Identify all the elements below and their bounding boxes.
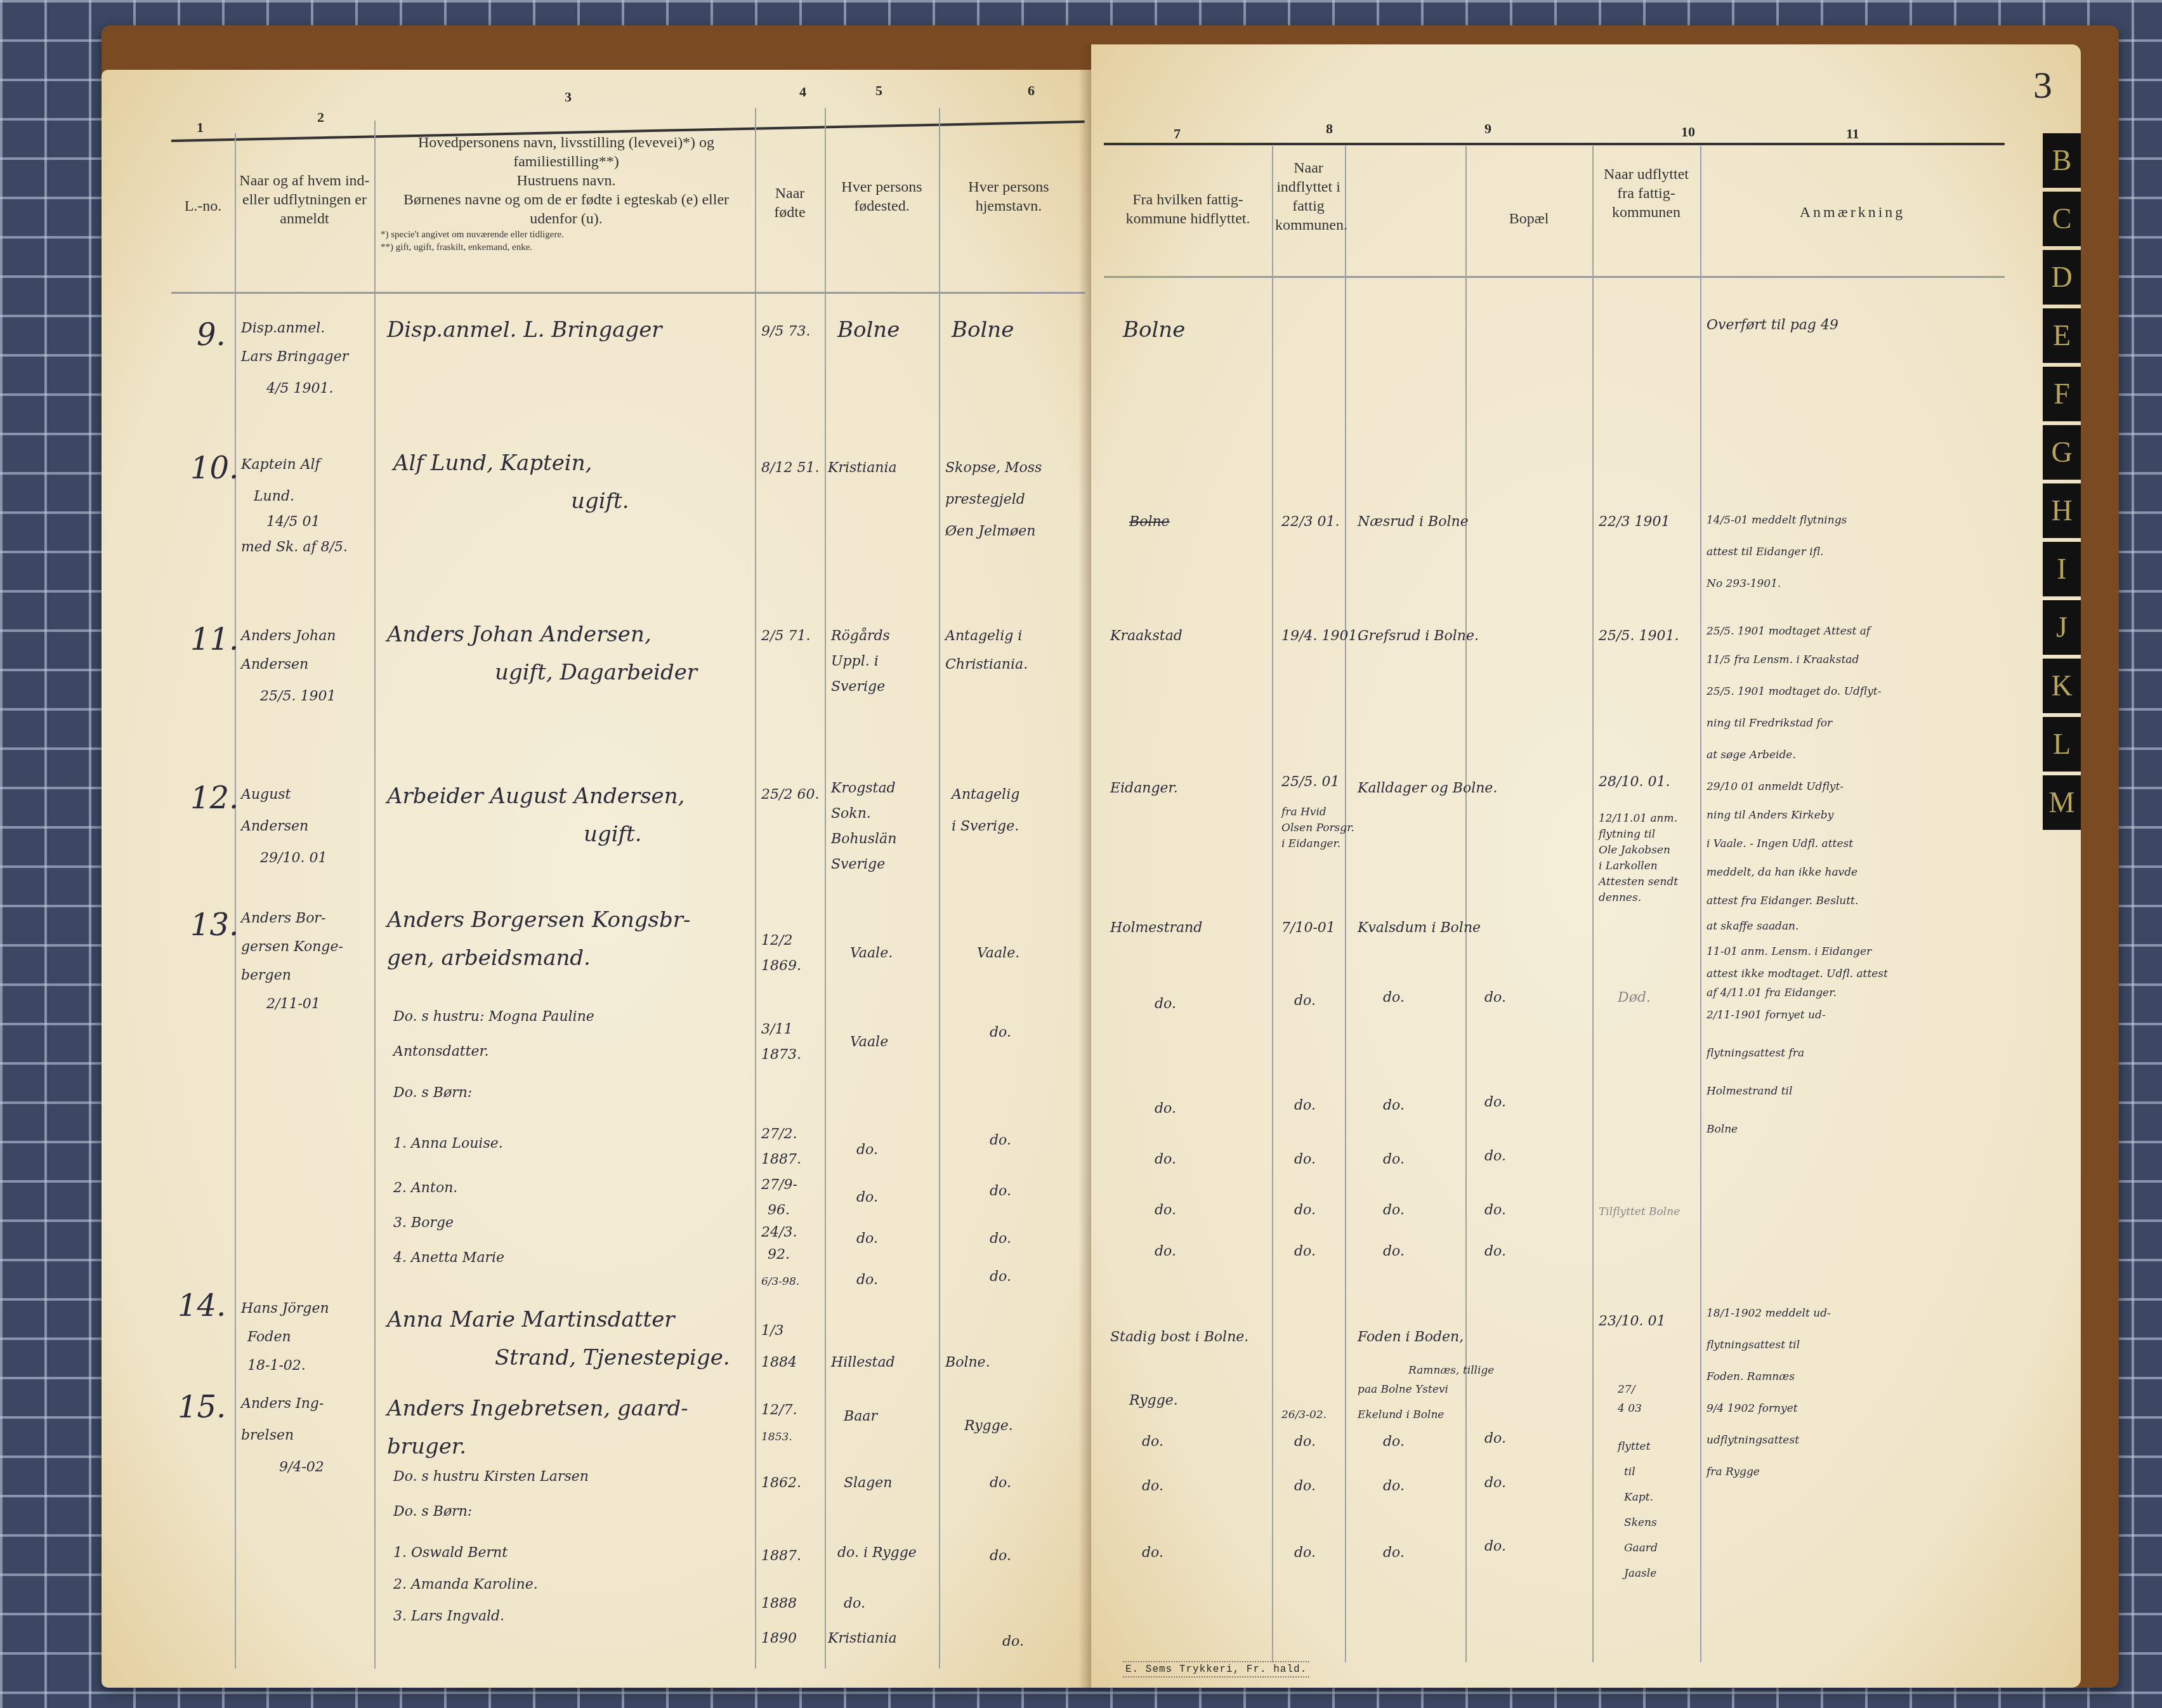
- entry-13-child-3-born-year: 92.: [768, 1247, 790, 1263]
- entry-12-remark-line5: attest fra Eidanger. Beslutt.: [1707, 895, 1858, 907]
- index-tab-l[interactable]: L: [2043, 717, 2081, 772]
- entry-13-name: Anders Borgersen Kongsbr-: [387, 907, 691, 933]
- entry-13-child-1-residence: do.: [1383, 1098, 1405, 1113]
- entry-13-wife-birthplace: Vaale: [850, 1034, 888, 1050]
- header-name-line2: Hustruens navn.: [381, 171, 752, 190]
- entry-15-wife-born: 1862.: [761, 1475, 801, 1491]
- header-from-commune: Fra hvilken fattig-kommune hidflyttet.: [1107, 190, 1269, 228]
- entry-15-child-1-birthplace: do. i Rygge: [837, 1545, 917, 1561]
- entry-12-moved-in-line3: Olsen Porsgr.: [1281, 822, 1354, 834]
- index-tab-i[interactable]: I: [2043, 542, 2081, 596]
- entry-15-wife-residence: do.: [1383, 1434, 1405, 1450]
- left-page: 1 2 3 4 5 6 L.-no. Naar og af hvem ind- …: [102, 70, 1091, 1688]
- entry-15-child-1-from: do.: [1142, 1478, 1163, 1494]
- header-moved-in: Naar indflyttet i fattig kommunen.: [1275, 159, 1342, 235]
- entry-13-child-1-born: 27/2.: [761, 1126, 797, 1142]
- entry-15-reported: Anders Ing-: [241, 1396, 324, 1412]
- entry-12-moved-in-line4: i Eidanger.: [1281, 838, 1340, 850]
- entry-13-child-2-born: 27/9-: [761, 1177, 797, 1193]
- header-name-line1: Hovedpersonens navn, livsstilling (levev…: [381, 133, 752, 171]
- entry-11-remark: 25/5. 1901 modtaget Attest af: [1707, 625, 1870, 638]
- column-number-9: 9: [1484, 121, 1491, 137]
- entry-13-child-3-birthplace: do.: [856, 1231, 878, 1247]
- entry-15-wife-from: do.: [1142, 1434, 1163, 1450]
- entry-14-remark: 18/1-1902 meddelt ud-: [1707, 1307, 1831, 1320]
- entry-13-child-3-home: do.: [990, 1231, 1011, 1247]
- column-divider: [374, 121, 376, 1669]
- entry-15-moved-out-line8: Jaasle: [1624, 1567, 1656, 1580]
- entry-10-remark-line2: attest til Eidanger ifl.: [1707, 546, 1823, 558]
- entry-13-remark-line5: flytningsattest fra: [1707, 1047, 1804, 1060]
- entry-10-home-line3: Øen Jelmøen: [945, 523, 1035, 539]
- entry-12-remark-line6: at skaffe saadan.: [1707, 920, 1798, 933]
- column-number-8: 8: [1326, 121, 1333, 137]
- entry-10-home-line2: prestegjeld: [945, 492, 1025, 508]
- entry-15-moved-out: 27/: [1618, 1383, 1635, 1396]
- entry-13-wife-moved-in: do.: [1294, 993, 1316, 1009]
- entry-10-reported-note: med Sk. af 8/5.: [241, 539, 348, 555]
- entry-14-reported: Hans Jörgen: [241, 1301, 329, 1317]
- entry-10-moved-out: 22/3 1901: [1599, 514, 1670, 530]
- entry-13-remark-line3: af 4/11.01 fra Eidanger.: [1707, 987, 1837, 999]
- entry-15-child-3-birthplace: Kristiania: [828, 1631, 897, 1646]
- entry-14-reported-line2: Foden: [247, 1329, 291, 1345]
- column-divider: [1592, 146, 1594, 1662]
- entry-12-remark: 29/10 01 anmeldt Udflyt-: [1707, 780, 1844, 793]
- entry-13-wife-born-year: 1873.: [761, 1047, 801, 1063]
- entry-13-child-2-born-year: 96.: [768, 1202, 790, 1218]
- column-divider: [235, 133, 236, 1669]
- entry-10-reported-date: 14/5 01: [266, 514, 320, 530]
- entry-12-moved-out-line2: 12/11.01 anm.: [1599, 812, 1677, 825]
- entry-15-child-1: 1. Oswald Bernt: [393, 1545, 508, 1561]
- entry-11-remark-line4: ning til Fredrikstad for: [1707, 717, 1832, 730]
- column-divider: [1465, 146, 1467, 1662]
- entry-15-moved-out-line2: 4 03: [1618, 1402, 1642, 1415]
- column-divider: [825, 108, 826, 1669]
- column-number-3: 3: [565, 89, 572, 105]
- entry-13-remark-line2: attest ikke modtaget. Udfl. attest: [1707, 968, 1888, 980]
- entry-15-child-3: 3. Lars Ingvald.: [393, 1608, 504, 1624]
- entry-12-reported-date: 29/10. 01: [260, 850, 327, 866]
- entry-12-reported-line: Andersen: [241, 818, 308, 834]
- entry-10-moved-in: 22/3 01.: [1281, 514, 1339, 530]
- entry-14-number: 14.: [178, 1288, 226, 1324]
- entry-13-reported: Anders Bor-: [241, 910, 325, 926]
- column-divider: [1272, 146, 1273, 1662]
- header-lno: L.-no.: [174, 197, 232, 216]
- entry-15-occupation: bruger.: [387, 1434, 466, 1459]
- entry-13-birthplace: Vaale.: [850, 945, 893, 961]
- entry-14-from-commune: Stadig bost i Bolne.: [1110, 1329, 1248, 1345]
- column-number-10: 10: [1681, 124, 1695, 140]
- entry-15-child-1-born: 1887.: [761, 1548, 801, 1564]
- entry-15-wife-residence2: do.: [1484, 1431, 1506, 1447]
- entry-13-child-2-residence: do.: [1383, 1152, 1405, 1167]
- entry-11-remark-line5: at søge Arbeide.: [1707, 749, 1796, 761]
- header-top-rule-right: [1104, 143, 2005, 145]
- entry-13-occupation: gen, arbeidsmand.: [387, 945, 591, 971]
- entry-12-birthplace-line3: Bohuslän: [831, 831, 896, 847]
- entry-15-child-1-home: do.: [990, 1548, 1011, 1564]
- entry-10-born: 8/12 51.: [761, 460, 819, 476]
- column-divider: [939, 108, 940, 1669]
- entry-15-child-1-residence2: do.: [1484, 1475, 1506, 1491]
- entry-13-remark: 11-01 anm. Lensm. i Eidanger: [1707, 945, 1871, 958]
- entry-12-moved-out-line5: i Larkollen: [1599, 860, 1658, 872]
- entry-13-child-2: 2. Anton.: [393, 1180, 457, 1196]
- entry-15-reported-date: 9/4-02: [279, 1459, 324, 1475]
- header-born: Naar fødte: [758, 184, 822, 222]
- entry-13-reported-line3: bergen: [241, 968, 291, 983]
- entry-15-child-3-home: do.: [1002, 1634, 1024, 1650]
- entry-15-home: Rygge.: [964, 1418, 1013, 1434]
- entry-11-home: Antagelig i: [945, 628, 1022, 644]
- entry-13-reported-date: 2/11-01: [266, 996, 320, 1012]
- column-number-6: 6: [1028, 82, 1035, 99]
- entry-13-child-2-birthplace: do.: [856, 1190, 878, 1205]
- entry-15-moved-out-line7: Gaard: [1624, 1542, 1658, 1554]
- entry-11-birthplace-line3: Sverige: [831, 679, 885, 695]
- entry-12-moved-in-line2: fra Hvid: [1281, 806, 1327, 818]
- entry-14-birthplace: Hillestad: [831, 1355, 895, 1370]
- entry-12-remark-line4: meddelt, da han ikke havde: [1707, 866, 1857, 879]
- column-number-2: 2: [317, 109, 324, 126]
- entry-13-child-1: 1. Anna Louise.: [393, 1136, 503, 1152]
- entry-11-reported: Anders Johan: [241, 628, 336, 644]
- entry-13-reported-line2: gersen Konge-: [241, 939, 343, 955]
- entry-13-born: 12/2: [761, 933, 792, 949]
- entry-9-from-commune: Bolne: [1123, 317, 1185, 343]
- entry-14-name: Anna Marie Martinsdatter: [387, 1307, 675, 1332]
- header-note-2: **) gift, ugift, fraskilt, enkemand, enk…: [381, 241, 752, 254]
- header-remark: Anmærkning: [1703, 203, 2001, 222]
- entry-13-wife-home: do.: [990, 1025, 1011, 1041]
- entry-14-remark-line6: fra Rygge: [1707, 1466, 1760, 1478]
- entry-13-child-3-born: 24/3.: [761, 1225, 797, 1240]
- index-tab-j[interactable]: J: [2043, 600, 2081, 655]
- entry-12-moved-out-line6: Attesten sendt: [1599, 876, 1678, 888]
- entry-12-number: 12.: [190, 780, 239, 816]
- column-number-5: 5: [875, 82, 882, 99]
- entry-15-moved-out-line4: til: [1624, 1466, 1635, 1478]
- entry-13-child-2-home: do.: [990, 1183, 1011, 1199]
- entry-14-residence: Foden i Boden,: [1358, 1329, 1464, 1345]
- entry-13-child-3: 3. Borge: [393, 1215, 454, 1231]
- entry-14-residence-line2: Ramnæs, tillige: [1408, 1364, 1494, 1377]
- entry-13-child-4-born: 6/3-98.: [761, 1275, 799, 1288]
- entry-13-wife-residence2: do.: [1484, 990, 1506, 1006]
- index-tab-b[interactable]: B: [2043, 133, 2081, 188]
- entry-13-child-1-birthplace: do.: [856, 1142, 878, 1158]
- index-tab-e[interactable]: E: [2043, 308, 2081, 363]
- entry-9-born: 9/5 73.: [761, 324, 810, 339]
- index-tab-g[interactable]: G: [2043, 425, 2081, 480]
- entry-14-born: 1/3: [761, 1323, 783, 1339]
- column-divider: [1700, 146, 1701, 1662]
- entry-12-home-line2: i Sverige.: [952, 818, 1019, 834]
- entry-13-born-year: 1869.: [761, 958, 801, 974]
- entry-13-child-1-born-year: 1887.: [761, 1152, 801, 1167]
- entry-10-from-commune: Bolne: [1129, 514, 1170, 530]
- entry-11-birthplace: Rögårds: [831, 628, 890, 644]
- entry-9-reported-line: Lars Bringager: [241, 349, 348, 365]
- entry-13-child-3-moved-out: Tilflyttet Bolne: [1599, 1205, 1680, 1218]
- entry-15-child-3-residence2: do.: [1484, 1539, 1506, 1554]
- entry-13-child-1-moved-in: do.: [1294, 1098, 1316, 1113]
- column-number-11: 11: [1846, 126, 1859, 142]
- printer-imprint: E. Sems Trykkeri, Fr. hald.: [1123, 1661, 1309, 1678]
- entry-14-occupation: Strand, Tjenestepige.: [495, 1345, 730, 1370]
- entry-15-number: 15.: [178, 1389, 226, 1425]
- entry-13-child-4-residence2: do.: [1484, 1244, 1506, 1259]
- column-divider: [755, 108, 756, 1669]
- entry-13-remark-line7: Bolne: [1707, 1123, 1738, 1136]
- entry-13-child-3-residence: do.: [1383, 1202, 1405, 1218]
- entry-11-born: 2/5 71.: [761, 628, 810, 644]
- entry-15-wife-name: Do. s hustru Kirsten Larsen: [393, 1469, 589, 1485]
- entry-15-birthplace: Baar: [844, 1409, 877, 1424]
- entry-13-child-4-from: do.: [1155, 1244, 1176, 1259]
- entry-11-reported-line: Andersen: [241, 657, 308, 673]
- entry-13-wife-name: Do. s hustru: Mogna Pauline: [393, 1009, 594, 1025]
- entry-9-birthplace: Bolne: [837, 317, 900, 343]
- entry-15-moved-out-line3: flyttet: [1618, 1440, 1651, 1453]
- entry-11-birthplace-line2: Uppl. i: [831, 654, 879, 669]
- entry-13-child-4-home: do.: [990, 1269, 1011, 1285]
- index-tab-h[interactable]: H: [2043, 483, 2081, 538]
- entry-13-from-commune: Holmestrand: [1110, 920, 1202, 936]
- entry-10-name: Alf Lund, Kaptein,: [393, 450, 592, 476]
- entry-14-remark-line2: flytningsattest til: [1707, 1339, 1800, 1351]
- entry-10-home: Skopse, Moss: [945, 460, 1042, 476]
- entry-15-wife-birthplace: Slagen: [844, 1475, 893, 1491]
- entry-15-wife-moved-in: do.: [1294, 1434, 1316, 1450]
- entry-10-remark: 14/5-01 meddelt flytnings: [1707, 514, 1847, 527]
- entry-12-moved-out-line3: flytning til: [1599, 828, 1655, 841]
- entry-10-remark-line3: No 293-1901.: [1707, 577, 1781, 590]
- entry-11-remark-line3: 25/5. 1901 modtaget do. Udflyt-: [1707, 685, 1881, 698]
- entry-15-child-1-moved-in: do.: [1294, 1478, 1316, 1494]
- entry-13-wife-residence: do.: [1383, 990, 1405, 1006]
- entry-9-reported: Disp.anmel.: [241, 320, 325, 336]
- entry-15-child-3-from: do.: [1142, 1545, 1163, 1561]
- entry-15-reported-line2: brelsen: [241, 1428, 294, 1443]
- entry-15-child-3-moved-in: do.: [1294, 1545, 1316, 1561]
- entry-12-home: Antagelig: [952, 787, 1019, 803]
- entry-15-children-label: Do. s Børn:: [393, 1504, 472, 1520]
- entry-10-residence: Næsrud i Bolne: [1358, 514, 1469, 530]
- entry-12-reported: August: [241, 787, 291, 803]
- entry-11-number: 11.: [190, 622, 239, 657]
- entry-11-reported-date: 25/5. 1901: [260, 688, 336, 704]
- header-residence: Bopæl: [1472, 209, 1586, 228]
- entry-12-birthplace-line2: Sokn.: [831, 806, 871, 822]
- entry-13-child-1-from: do.: [1155, 1101, 1176, 1117]
- entry-11-moved-out: 25/5. 1901.: [1599, 628, 1679, 644]
- entry-13-wife-from: do.: [1155, 996, 1176, 1012]
- entry-15-child-2-birthplace: do.: [844, 1596, 865, 1612]
- header-birthplace: Hver persons fødested.: [828, 178, 936, 216]
- entry-14-remark-line4: 9/4 1902 fornyet: [1707, 1402, 1798, 1415]
- entry-15-child-3-residence: do.: [1383, 1545, 1405, 1561]
- entry-10-number: 10.: [190, 450, 239, 486]
- header-moved-out: Naar udflyttet fra fattig-kommunen: [1595, 165, 1697, 222]
- entry-13-wife-name-line2: Antonsdatter.: [393, 1044, 489, 1060]
- entry-13-child-2-residence2: do.: [1484, 1148, 1506, 1164]
- entry-9-number: 9.: [197, 317, 226, 353]
- entry-11-occupation: ugift, Dagarbeider: [495, 660, 697, 685]
- entry-13-remark-line4: 2/11-1901 fornyet ud-: [1707, 1009, 1826, 1022]
- entry-12-born: 25/2 60.: [761, 787, 819, 803]
- entry-13-child-2-from: do.: [1155, 1152, 1176, 1167]
- entry-11-remark-line2: 11/5 fra Lensm. i Kraakstad: [1707, 654, 1859, 666]
- entry-11-residence: Grefsrud i Bolne.: [1358, 628, 1479, 644]
- entry-13-moved-in: 7/10-01: [1281, 920, 1335, 936]
- entry-10-marital: ugift.: [571, 489, 629, 514]
- entry-15-name: Anders Ingebretsen, gaard-: [387, 1396, 688, 1421]
- entry-13-residence: Kvalsdum i Bolne: [1358, 920, 1481, 936]
- column-number-4: 4: [799, 84, 806, 100]
- entry-15-moved-out-line5: Kapt.: [1624, 1491, 1653, 1504]
- register-book: 1 2 3 4 5 6 L.-no. Naar og af hvem ind- …: [102, 25, 2119, 1688]
- entry-9-name: Disp.anmel. L. Bringager: [387, 317, 662, 343]
- entry-13-number: 13.: [190, 907, 239, 943]
- entry-12-moved-out: 28/10. 01.: [1599, 774, 1670, 790]
- entry-12-moved-out-line7: dennes.: [1599, 891, 1641, 904]
- header-bottom-rule: [171, 292, 1085, 294]
- entry-14-remark-line5: udflytningsattest: [1707, 1434, 1799, 1447]
- column-number-7: 7: [1174, 126, 1181, 142]
- entry-10-reported: Kaptein Alf: [241, 457, 320, 473]
- entry-15-wife-home: do.: [990, 1475, 1011, 1491]
- entry-14-remark-line3: Foden. Ramnæs: [1707, 1370, 1795, 1383]
- entry-12-name: Arbeider August Andersen,: [387, 784, 685, 809]
- entry-13-child-4: 4. Anetta Marie: [393, 1250, 504, 1266]
- entry-13-child-3-moved-in: do.: [1294, 1202, 1316, 1218]
- entry-13-child-3-residence2: do.: [1484, 1202, 1506, 1218]
- entry-12-residence: Kalldager og Bolne.: [1358, 780, 1497, 796]
- column-divider: [1345, 146, 1346, 1662]
- entry-12-birthplace-line4: Sverige: [831, 857, 885, 872]
- entry-12-moved-out-line4: Ole Jakobsen: [1599, 844, 1670, 857]
- entry-13-remark-line6: Holmestrand til: [1707, 1085, 1792, 1098]
- entry-11-name: Anders Johan Andersen,: [387, 622, 652, 647]
- header-name-line3: Børnenes navne og om de er fødte i egtes…: [381, 190, 752, 228]
- entry-9-reported-date: 4/5 1901.: [266, 381, 333, 397]
- entry-15-child-2-born: 1888: [761, 1596, 797, 1612]
- alphabet-index-tabs: B C D E F G H I J K L M: [2043, 133, 2081, 834]
- entry-9-home: Bolne: [952, 317, 1014, 343]
- header-reported: Naar og af hvem ind- eller udflytningen …: [238, 171, 371, 228]
- page-number: 3: [2033, 63, 2052, 107]
- entry-15-born: 12/7.: [761, 1402, 797, 1418]
- entry-10-birthplace: Kristiania: [828, 460, 897, 476]
- entry-15-child-1-residence: do.: [1383, 1478, 1405, 1494]
- index-tab-k[interactable]: K: [2043, 659, 2081, 713]
- entry-11-from-commune: Kraakstad: [1110, 628, 1183, 644]
- entry-15-residence-line2: Ekelund i Bolne: [1358, 1409, 1444, 1421]
- entry-12-marital: ugift.: [584, 822, 642, 847]
- entry-12-remark-line3: i Vaale. - Ingen Udfl. attest: [1707, 838, 1853, 850]
- entry-11-moved-in: 19/4. 1901.: [1281, 628, 1361, 644]
- header-name: Hovedpersonens navn, livsstilling (levev…: [381, 133, 752, 254]
- header-home: Hver persons hjemstavn.: [942, 178, 1075, 216]
- index-tab-f[interactable]: F: [2043, 367, 2081, 421]
- entry-12-from-commune: Eidanger.: [1110, 780, 1178, 796]
- entry-15-moved-out-line6: Skens: [1624, 1516, 1657, 1529]
- entry-13-child-1-residence2: do.: [1484, 1094, 1506, 1110]
- column-number-1: 1: [197, 119, 204, 136]
- header-bottom-rule-right: [1104, 276, 2005, 278]
- entry-10-reported-line: Lund.: [254, 489, 294, 504]
- index-tab-m[interactable]: M: [2043, 775, 2081, 830]
- entry-15-moved-in: 26/3-02.: [1281, 1409, 1327, 1421]
- entry-13-child-4-birthplace: do.: [856, 1272, 878, 1288]
- entry-13-child-4-moved-in: do.: [1294, 1244, 1316, 1259]
- entry-13-child-2-moved-in: do.: [1294, 1152, 1316, 1167]
- entry-13-children-label: Do. s Børn:: [393, 1085, 472, 1101]
- entry-15-from-commune: Rygge.: [1129, 1393, 1178, 1409]
- entry-12-birthplace: Krogstad: [831, 780, 896, 796]
- entry-12-moved-in: 25/5. 01: [1281, 774, 1339, 790]
- index-tab-c[interactable]: C: [2043, 192, 2081, 246]
- entry-11-home-line2: Christiania.: [945, 657, 1028, 673]
- entry-12-remark-line2: ning til Anders Kirkeby: [1707, 809, 1833, 822]
- entry-13-wife-moved-out: Død.: [1618, 990, 1651, 1006]
- entry-15-child-2: 2. Amanda Karoline.: [393, 1577, 538, 1593]
- entry-14-moved-out: 23/10. 01: [1599, 1313, 1665, 1329]
- entry-15-born-year: 1853.: [761, 1431, 792, 1443]
- entry-13-child-3-from: do.: [1155, 1202, 1176, 1218]
- entry-14-reported-date: 18-1-02.: [247, 1358, 306, 1374]
- entry-9-remark: Overført til pag 49: [1707, 317, 1838, 333]
- entry-14-home: Bolne.: [945, 1355, 990, 1370]
- entry-13-home: Vaale.: [977, 945, 1019, 961]
- index-tab-d[interactable]: D: [2043, 250, 2081, 305]
- header-note-1: *) specie't angivet om nuværende eller t…: [381, 228, 752, 241]
- entry-13-wife-born: 3/11: [761, 1022, 792, 1037]
- entry-15-child-3-born: 1890: [761, 1631, 797, 1646]
- entry-13-child-4-residence: do.: [1383, 1244, 1405, 1259]
- entry-14-born-year: 1884: [761, 1355, 797, 1370]
- entry-13-child-1-home: do.: [990, 1133, 1011, 1148]
- right-page: 3 7 8 9 10 11 Fra hvilken fattig-kommune…: [1091, 44, 2081, 1688]
- entry-15-residence: paa Bolne Ystevi: [1358, 1383, 1448, 1396]
